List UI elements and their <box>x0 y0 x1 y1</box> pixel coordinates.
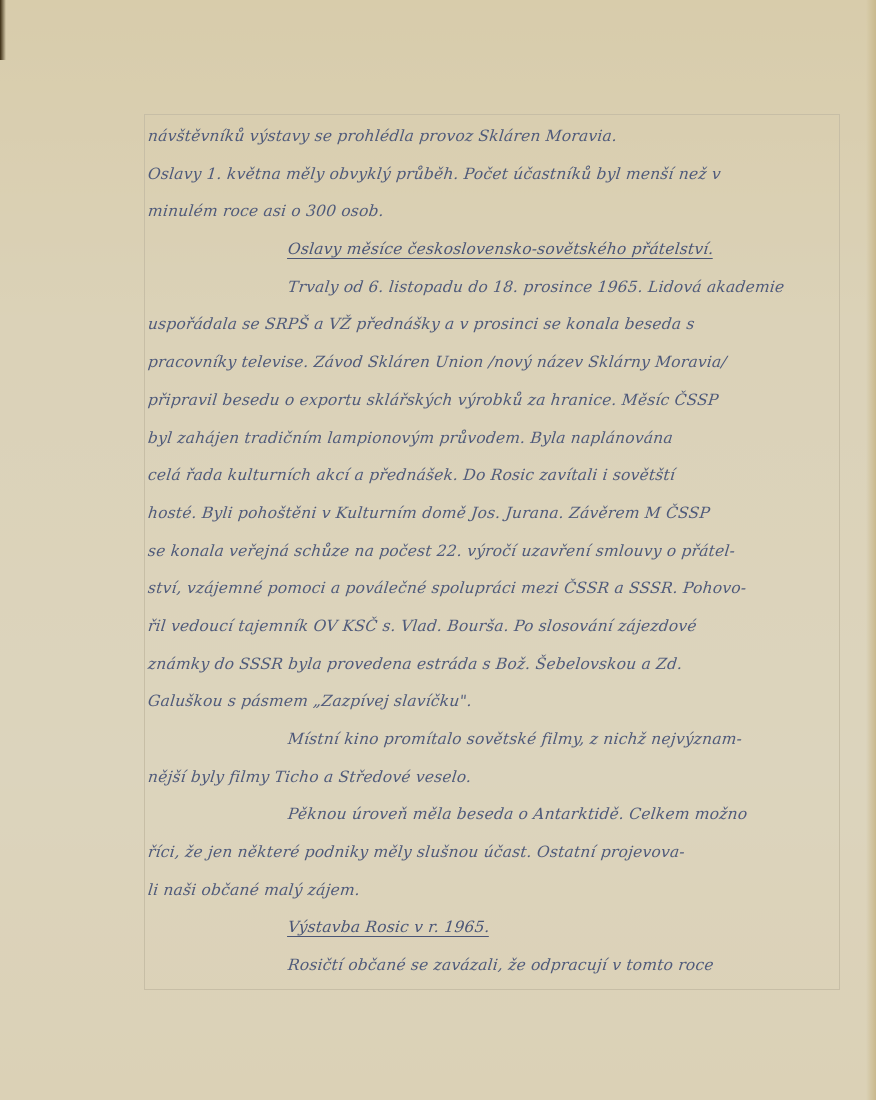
section-heading: Oslavy měsíce československo-sovětského … <box>146 231 850 269</box>
text-line: minulém roce asi o 300 osob. <box>146 193 850 231</box>
line-text: nější byly filmy Ticho a Středové veselo… <box>147 768 472 786</box>
line-text: Pěknou úroveň měla beseda o Antarktidě. … <box>287 805 748 823</box>
line-text: řil vedoucí tajemník OV KSČ s. Vlad. Bou… <box>147 617 698 635</box>
line-text: známky do SSSR byla provedena estráda s … <box>147 655 683 673</box>
text-line: Pěknou úroveň měla beseda o Antarktidě. … <box>146 796 850 834</box>
line-text: hosté. Byli pohoštěni v Kulturním domě J… <box>147 504 711 522</box>
text-line: Trvaly od 6. listopadu do 18. prosince 1… <box>146 269 850 307</box>
text-line: Oslavy 1. května měly obvyklý průběh. Po… <box>146 156 850 194</box>
page-edge-shadow <box>0 0 6 60</box>
text-line: hosté. Byli pohoštěni v Kulturním domě J… <box>146 495 850 533</box>
text-line: Rosičtí občané se zavázali, že odpracují… <box>146 947 850 985</box>
text-line: pracovníky televise. Závod Skláren Union… <box>146 344 850 382</box>
line-text: Trvaly od 6. listopadu do 18. prosince 1… <box>287 278 785 296</box>
text-line: uspořádala se SRPŠ a VŽ přednášky a v pr… <box>146 306 850 344</box>
text-line: se konala veřejná schůze na počest 22. v… <box>146 533 850 571</box>
handwritten-text: návštěvníků výstavy se prohlédla provoz … <box>146 118 846 985</box>
line-text: minulém roce asi o 300 osob. <box>147 202 385 220</box>
line-text: říci, že jen některé podniky měly slušno… <box>147 843 686 861</box>
manuscript-page: návštěvníků výstavy se prohlédla provoz … <box>0 0 876 1100</box>
line-text: návštěvníků výstavy se prohlédla provoz … <box>147 127 618 145</box>
text-line: li naši občané malý zájem. <box>146 872 850 910</box>
line-text: Rosičtí občané se zavázali, že odpracují… <box>287 956 715 974</box>
line-text: připravil besedu o exportu sklářských vý… <box>147 391 720 409</box>
text-line: nější byly filmy Ticho a Středové veselo… <box>146 759 850 797</box>
line-text: byl zahájen tradičním lampionovým průvod… <box>147 429 674 447</box>
text-line: byl zahájen tradičním lampionovým průvod… <box>146 420 850 458</box>
line-text: celá řada kulturních akcí a přednášek. D… <box>147 466 676 484</box>
line-text: Galuškou s pásmem „Zazpívej slavíčku". <box>147 692 473 710</box>
text-line: návštěvníků výstavy se prohlédla provoz … <box>146 118 850 156</box>
heading-text: Výstavba Rosic v r. 1965. <box>287 918 491 936</box>
line-text: pracovníky televise. Závod Skláren Union… <box>147 353 728 371</box>
page-edge <box>866 0 876 1100</box>
text-line: Galuškou s pásmem „Zazpívej slavíčku". <box>146 683 850 721</box>
line-text: uspořádala se SRPŠ a VŽ přednášky a v pr… <box>147 315 695 333</box>
line-text: se konala veřejná schůze na počest 22. v… <box>147 542 736 560</box>
section-heading: Výstavba Rosic v r. 1965. <box>146 909 850 947</box>
heading-text: Oslavy měsíce československo-sovětského … <box>287 240 715 258</box>
text-line: připravil besedu o exportu sklářských vý… <box>146 382 850 420</box>
line-text: Místní kino promítalo sovětské filmy, z … <box>287 730 743 748</box>
text-line: známky do SSSR byla provedena estráda s … <box>146 646 850 684</box>
text-line: říci, že jen některé podniky měly slušno… <box>146 834 850 872</box>
text-line: ství, vzájemné pomoci a poválečné spolup… <box>146 570 850 608</box>
text-line: celá řada kulturních akcí a přednášek. D… <box>146 457 850 495</box>
line-text: Oslavy 1. května měly obvyklý průběh. Po… <box>147 165 722 183</box>
text-line: řil vedoucí tajemník OV KSČ s. Vlad. Bou… <box>146 608 850 646</box>
text-line: Místní kino promítalo sovětské filmy, z … <box>146 721 850 759</box>
line-text: li naši občané malý zájem. <box>147 881 361 899</box>
line-text: ství, vzájemné pomoci a poválečné spolup… <box>147 579 747 597</box>
